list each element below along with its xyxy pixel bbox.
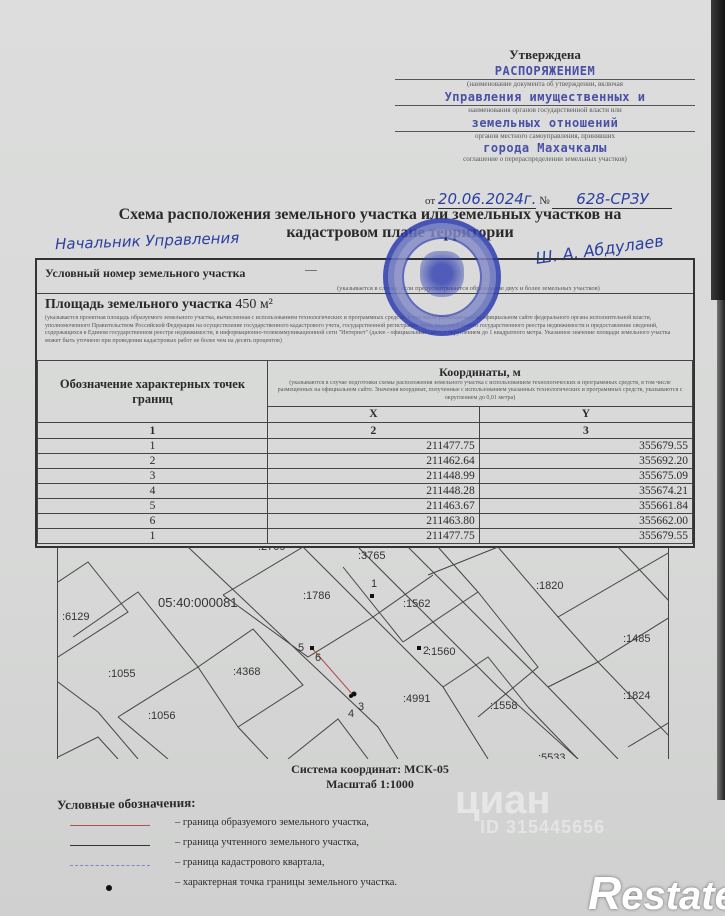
point-label: 2 — [423, 645, 429, 657]
official-seal-icon — [383, 218, 501, 336]
cell-x: 211463.80 — [268, 514, 480, 529]
coords-title: Координаты, м — [439, 365, 521, 379]
cell-y: 355674.21 — [479, 484, 692, 499]
table-row: 6211463.80355662.00 — [38, 514, 693, 529]
point-label: 3 — [358, 701, 364, 713]
col-num: 2 — [268, 423, 480, 439]
legend-title: Условные обозначения: — [57, 795, 196, 813]
legend-label: – граница кадастрового квартала, — [175, 857, 324, 868]
authority-line-2: земельных отношений — [395, 115, 695, 132]
line-sample-icon — [70, 845, 150, 846]
cell-y: 355662.00 — [479, 514, 692, 529]
line-sample-icon — [70, 825, 150, 826]
restate-logo: Restate — [588, 866, 725, 916]
cell-x: 211477.75 — [268, 439, 480, 454]
parcel-label: :1056 — [148, 710, 176, 722]
legend-label: – граница образуемого земельного участка… — [175, 817, 369, 828]
cell-point: 4 — [38, 484, 268, 499]
conditional-number-value: — — [305, 262, 317, 277]
cadastral-map: 05:40:000081:2709:3765:6129:1786:1562:18… — [57, 547, 669, 759]
col-num: 1 — [38, 423, 268, 439]
scheme-table: Условный номер земельного участка — (ука… — [35, 258, 695, 548]
coordinates-table: Обозначение характерных точек границ Коо… — [37, 360, 693, 544]
table-row: 3211448.99355675.09 — [38, 469, 693, 484]
legend-label: – граница учтенного земельного участка, — [175, 837, 359, 848]
background-edge — [717, 300, 725, 800]
col-coords-header: Координаты, м (указываются в случае подг… — [268, 361, 693, 407]
parcel-label: :5533 — [538, 752, 566, 759]
cell-y: 355679.55 — [479, 529, 692, 544]
map-drawing: 05:40:000081:2709:3765:6129:1786:1562:18… — [58, 547, 669, 759]
authority-line-1: Управления имущественных и — [395, 89, 695, 106]
hint: органов местного самоуправления, принявш… — [395, 132, 695, 141]
parcel-label: :3765 — [358, 550, 386, 562]
parcel-label: :4991 — [403, 693, 431, 705]
approval-doc-type: РАСПОРЯЖЕНИЕМ — [395, 63, 695, 80]
cell-y: 355661.84 — [479, 499, 692, 514]
col-points-header: Обозначение характерных точек границ — [38, 361, 268, 423]
area-label-text: Площадь земельного участка — [45, 297, 232, 312]
emblem-icon — [420, 251, 464, 297]
parcel-label: :2709 — [258, 547, 286, 553]
parcel-label: :1560 — [428, 646, 456, 658]
table-row: 5211463.67355661.84 — [38, 499, 693, 514]
table-row: 2211462.64355692.20 — [38, 454, 693, 469]
col-y-header: Y — [479, 406, 692, 422]
parcel-label: :4368 — [233, 666, 261, 678]
parcel-label: :6129 — [62, 611, 90, 623]
hint: соглашение о перераспределении земельных… — [395, 155, 695, 164]
background-edge — [711, 0, 725, 300]
cell-x: 211448.28 — [268, 484, 480, 499]
cian-id-watermark: ID 315445656 — [480, 817, 605, 838]
cell-x: 211448.99 — [268, 469, 480, 484]
col-x-header: X — [268, 406, 480, 422]
point-label: 4 — [348, 708, 354, 720]
parcel-label: :1558 — [490, 700, 518, 712]
cell-point: 1 — [38, 529, 268, 544]
table-row: 1211477.75355679.55 — [38, 439, 693, 454]
table-row: 4211448.28355674.21 — [38, 484, 693, 499]
restate-logo-r: R — [588, 867, 621, 916]
hint: наименования органов государственной вла… — [395, 106, 695, 115]
coordinate-system: Система координат: МСК-05 — [240, 762, 500, 777]
hint: (наименование документа об утверждении, … — [395, 80, 695, 89]
line-sample-icon — [70, 865, 150, 866]
parcel-label: :1824 — [623, 690, 651, 702]
conditional-number-label: Условный номер земельного участка — [45, 266, 245, 281]
approval-block: Утверждена РАСПОРЯЖЕНИЕМ (наименование д… — [395, 47, 695, 164]
area-hint: (указывается проектная площадь образуемо… — [45, 315, 685, 345]
col-num: 3 — [479, 423, 692, 439]
area-value: 450 м² — [235, 297, 273, 312]
cell-x: 211462.64 — [268, 454, 480, 469]
parcel-label: :1562 — [403, 598, 431, 610]
cell-point: 6 — [38, 514, 268, 529]
divider — [37, 293, 693, 294]
point-label: 1 — [371, 578, 377, 590]
point-label: 5 — [298, 642, 304, 654]
cell-point: 2 — [38, 454, 268, 469]
cadastral-quarter-label: 05:40:000081 — [158, 595, 238, 610]
area-label: Площадь земельного участка 450 м² — [45, 297, 273, 313]
title-line-1: Схема расположения земельного участка ил… — [60, 206, 680, 224]
parcel-label: :1055 — [108, 668, 136, 680]
cell-y: 355692.20 — [479, 454, 692, 469]
legend-label: – характерная точка границы земельного у… — [175, 877, 397, 888]
cell-x: 211477.75 — [268, 529, 480, 544]
parcel-label: :1820 — [536, 580, 564, 592]
parcel-label: :1485 — [623, 633, 651, 645]
coords-hint: (указываются в случае подготовки схемы р… — [272, 380, 688, 403]
cell-point: 3 — [38, 469, 268, 484]
point-label: 6 — [315, 652, 321, 664]
cell-point: 5 — [38, 499, 268, 514]
cell-x: 211463.67 — [268, 499, 480, 514]
cell-y: 355675.09 — [479, 469, 692, 484]
point-marker-icon — [106, 885, 112, 891]
table-row: 1211477.75355679.55 — [38, 529, 693, 544]
cell-point: 1 — [38, 439, 268, 454]
parcel-label: :1786 — [303, 590, 331, 602]
approval-title: Утверждена — [395, 47, 695, 63]
restate-logo-text: estate — [621, 874, 725, 916]
cell-y: 355679.55 — [479, 439, 692, 454]
authority-line-3: города Махачкалы — [395, 141, 695, 155]
